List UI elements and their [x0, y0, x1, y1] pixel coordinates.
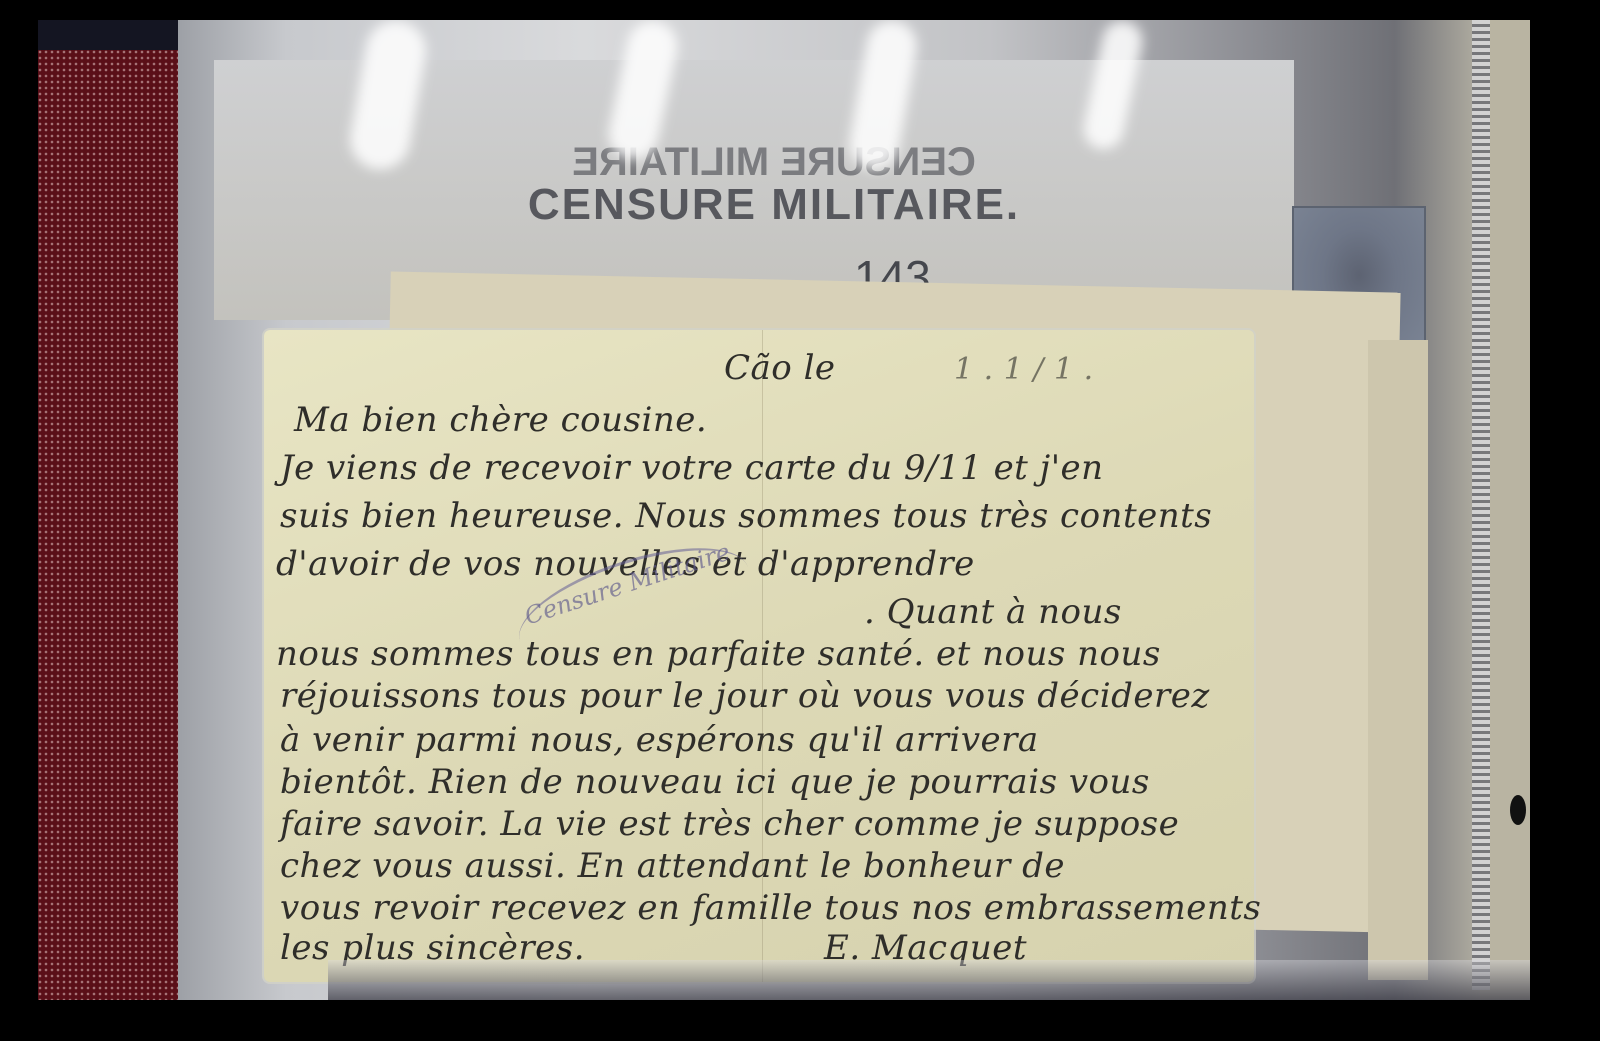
letter-line: nous sommes tous en parfaite santé. et n…	[276, 634, 1161, 674]
binder-ring-hole	[1510, 795, 1526, 825]
censor-stamp: CENSURE MILITAIRE.	[494, 180, 1054, 230]
letter-line: suis bien heureuse. Nous sommes tous trè…	[280, 496, 1212, 536]
sleeve-seam	[1472, 20, 1490, 990]
letter-line: Je viens de recevoir votre carte du 9/11…	[280, 448, 1104, 488]
letter-line: faire savoir. La vie est très cher comme…	[280, 804, 1179, 844]
background-card-edge	[1368, 340, 1428, 980]
album-leather-cover	[38, 20, 178, 1000]
sleeve-bottom-edge	[328, 960, 1530, 1000]
album-cover-edge	[38, 20, 178, 50]
postcard-date: 1 . 1 / 1 .	[954, 352, 1094, 387]
postcard: Cão le 1 . 1 / 1 . Ma bien chère cousine…	[264, 330, 1254, 982]
letter-line: bientôt. Rien de nouveau ici que je pour…	[280, 762, 1150, 802]
letter-line: vous revoir recevez en famille tous nos …	[280, 888, 1261, 928]
censor-stamp-mirror: CENSURE MILITAIRE	[494, 140, 1054, 185]
postcard-header: Cão le	[724, 348, 836, 388]
photo-frame: CENSURE MILITAIRE CENSURE MILITAIRE. 143…	[38, 20, 1530, 1000]
letter-line: Ma bien chère cousine.	[294, 400, 707, 440]
album-page-sleeve: CENSURE MILITAIRE CENSURE MILITAIRE. 143…	[178, 20, 1530, 1000]
letter-line: réjouissons tous pour le jour où vous vo…	[280, 676, 1210, 716]
letter-line: à venir parmi nous, espérons qu'il arriv…	[280, 720, 1039, 760]
letter-line: . Quant à nous	[864, 592, 1122, 632]
letter-line: chez vous aussi. En attendant le bonheur…	[280, 846, 1065, 886]
